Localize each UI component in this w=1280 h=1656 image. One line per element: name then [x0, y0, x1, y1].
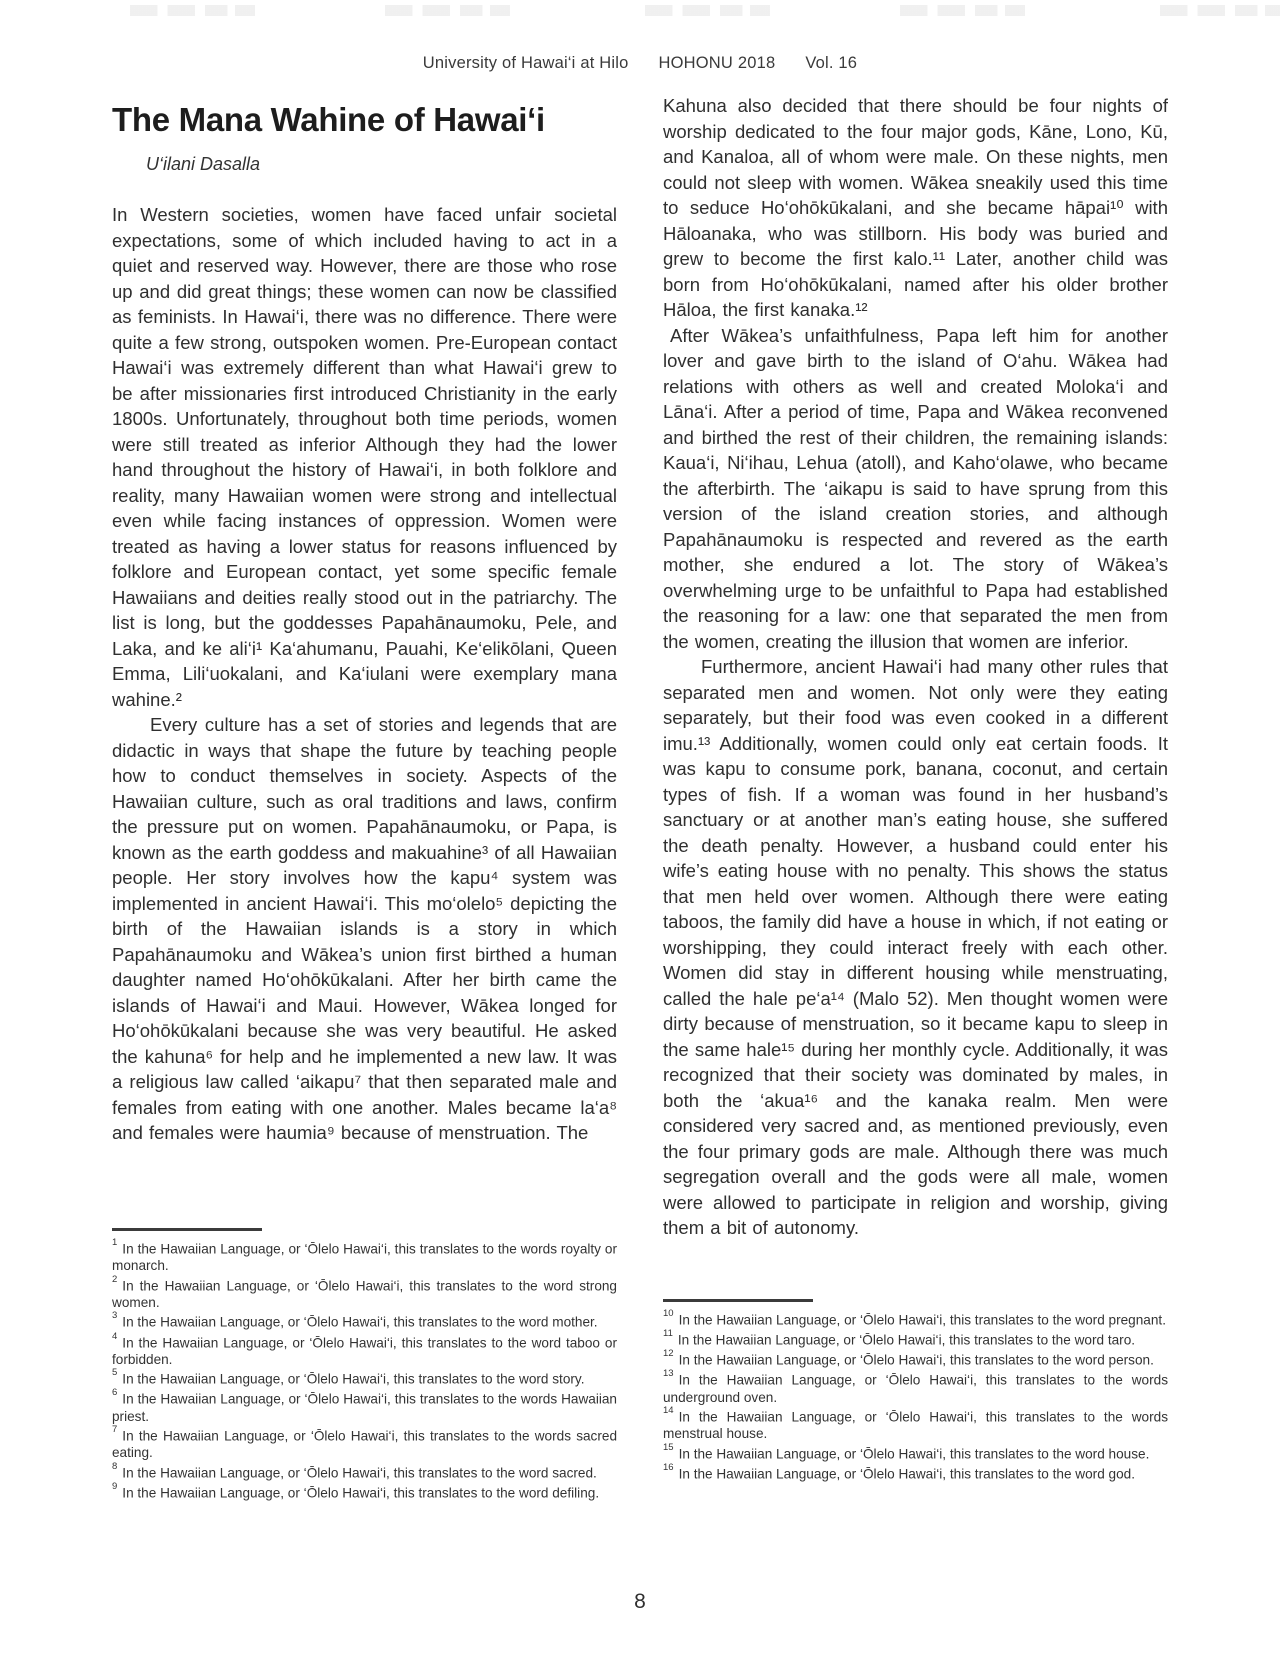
footnote-marker: 10 [663, 1308, 674, 1319]
footnote: 10In the Hawaiian Language, or ‘Ōlelo Ha… [663, 1309, 1168, 1329]
scan-artifact [385, 5, 510, 16]
header-volume: Vol. 16 [805, 54, 857, 73]
footnote: 8In the Hawaiian Language, or ‘Ōlelo Haw… [112, 1462, 617, 1482]
footnote-text: In the Hawaiian Language, or ‘Ōlelo Hawa… [112, 1429, 617, 1461]
footnote-marker: 2 [112, 1274, 117, 1285]
footnotes-left: 1In the Hawaiian Language, or ‘Ōlelo Haw… [112, 1228, 617, 1502]
article-author: U‘ilani Dasalla [146, 154, 617, 175]
footnote: 15In the Hawaiian Language, or ‘Ōlelo Ha… [663, 1443, 1168, 1463]
header-university: University of Hawai‘i at Hilo [423, 54, 629, 73]
footnote-text: In the Hawaiian Language, or ‘Ōlelo Hawa… [122, 1372, 584, 1387]
footnote-marker: 11 [663, 1328, 673, 1339]
paragraph: After Wākea’s unfaithfulness, Papa left … [663, 323, 1168, 655]
paragraph: Furthermore, ancient Hawai‘i had many ot… [663, 654, 1168, 1241]
footnote-text: In the Hawaiian Language, or ‘Ōlelo Hawa… [112, 1242, 617, 1274]
footnote-marker: 5 [112, 1367, 117, 1378]
scan-artifact [900, 5, 1025, 16]
footnote-text: In the Hawaiian Language, or ‘Ōlelo Hawa… [679, 1466, 1135, 1481]
paragraph: In Western societies, women have faced u… [112, 202, 617, 712]
footnote: 5In the Hawaiian Language, or ‘Ōlelo Haw… [112, 1368, 617, 1388]
footnotes-right: 10In the Hawaiian Language, or ‘Ōlelo Ha… [663, 1299, 1168, 1483]
footnote-marker: 7 [112, 1424, 117, 1435]
footnote: 12In the Hawaiian Language, or ‘Ōlelo Ha… [663, 1349, 1168, 1369]
scan-artifact [645, 5, 770, 16]
footnote-text: In the Hawaiian Language, or ‘Ōlelo Hawa… [122, 1315, 597, 1330]
footnote-marker: 4 [112, 1331, 117, 1342]
footnote-text: In the Hawaiian Language, or ‘Ōlelo Hawa… [663, 1373, 1168, 1405]
footnote-marker: 12 [663, 1348, 674, 1359]
footnote: 6In the Hawaiian Language, or ‘Ōlelo Haw… [112, 1388, 617, 1425]
footnote-text: In the Hawaiian Language, or ‘Ōlelo Hawa… [663, 1410, 1168, 1442]
footnote: 16In the Hawaiian Language, or ‘Ōlelo Ha… [663, 1463, 1168, 1483]
footnote-marker: 13 [663, 1368, 674, 1379]
footnote-text: In the Hawaiian Language, or ‘Ōlelo Hawa… [679, 1313, 1166, 1328]
footnote: 1In the Hawaiian Language, or ‘Ōlelo Haw… [112, 1238, 617, 1275]
footnote: 9In the Hawaiian Language, or ‘Ōlelo Haw… [112, 1482, 617, 1502]
footnote-text: In the Hawaiian Language, or ‘Ōlelo Hawa… [112, 1392, 617, 1424]
paragraph: Every culture has a set of stories and l… [112, 712, 617, 1146]
footnote-separator [112, 1228, 262, 1231]
footnote: 14In the Hawaiian Language, or ‘Ōlelo Ha… [663, 1406, 1168, 1443]
paragraph: Kahuna also decided that there should be… [663, 93, 1168, 323]
scan-artifact [130, 5, 255, 16]
footnote-marker: 1 [112, 1237, 117, 1248]
footnote-text: In the Hawaiian Language, or ‘Ōlelo Hawa… [679, 1446, 1150, 1461]
footnote: 4In the Hawaiian Language, or ‘Ōlelo Haw… [112, 1332, 617, 1369]
article-title: The Mana Wahine of Hawai‘i [112, 100, 617, 140]
left-column: The Mana Wahine of Hawai‘i U‘ilani Dasal… [112, 100, 617, 1228]
footnote-marker: 3 [112, 1310, 117, 1321]
footnote-marker: 9 [112, 1481, 117, 1492]
running-header: University of Hawai‘i at Hilo HOHONU 201… [0, 54, 1280, 73]
footnote-text: In the Hawaiian Language, or ‘Ōlelo Hawa… [678, 1333, 1135, 1348]
footnote: 7In the Hawaiian Language, or ‘Ōlelo Haw… [112, 1425, 617, 1462]
scan-artifact [1160, 5, 1280, 16]
footnote-marker: 16 [663, 1462, 674, 1473]
footnote-text: In the Hawaiian Language, or ‘Ōlelo Hawa… [122, 1465, 597, 1480]
footnote: 13In the Hawaiian Language, or ‘Ōlelo Ha… [663, 1369, 1168, 1406]
footnote: 2In the Hawaiian Language, or ‘Ōlelo Haw… [112, 1275, 617, 1312]
footnote-marker: 14 [663, 1405, 674, 1416]
footnote-marker: 6 [112, 1387, 117, 1398]
document-page: University of Hawai‘i at Hilo HOHONU 201… [0, 0, 1280, 1656]
footnote-marker: 15 [663, 1442, 674, 1453]
footnote: 11In the Hawaiian Language, or ‘Ōlelo Ha… [663, 1329, 1168, 1349]
footnote-separator [663, 1299, 813, 1302]
footnote-marker: 8 [112, 1461, 117, 1472]
footnote-text: In the Hawaiian Language, or ‘Ōlelo Hawa… [122, 1486, 599, 1501]
right-column: Kahuna also decided that there should be… [663, 93, 1168, 1301]
header-journal: HOHONU 2018 [659, 54, 776, 73]
footnote-text: In the Hawaiian Language, or ‘Ōlelo Hawa… [679, 1353, 1154, 1368]
page-number: 8 [0, 1590, 1280, 1614]
footnote: 3In the Hawaiian Language, or ‘Ōlelo Haw… [112, 1311, 617, 1331]
footnote-text: In the Hawaiian Language, or ‘Ōlelo Hawa… [112, 1335, 617, 1367]
footnote-text: In the Hawaiian Language, or ‘Ōlelo Hawa… [112, 1278, 617, 1310]
